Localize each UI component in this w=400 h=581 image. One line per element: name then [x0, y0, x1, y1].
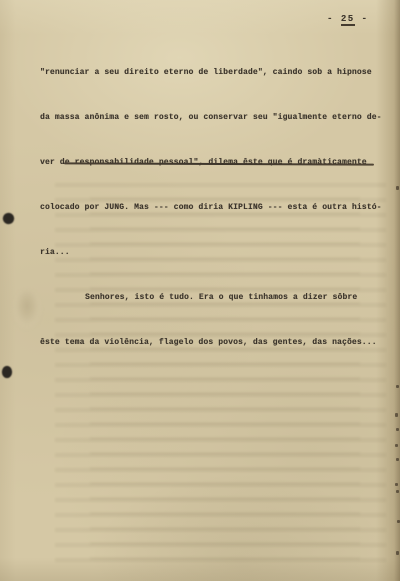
edge-mark — [395, 483, 398, 486]
edge-mark — [396, 186, 399, 190]
edge-mark — [396, 458, 399, 461]
text-line: da massa anônima e sem rosto, ou conserv… — [40, 110, 385, 125]
paper-smudge — [12, 290, 42, 330]
typewritten-text-block: "renunciar a seu direito eterno de liber… — [40, 35, 385, 365]
edge-mark — [396, 551, 399, 555]
text-line: "renunciar a seu direito eterno de liber… — [40, 65, 385, 80]
page-number-value: 25 — [341, 14, 355, 26]
edge-mark — [396, 428, 399, 431]
page-number-dash-left: - — [327, 14, 341, 24]
edge-mark — [396, 385, 399, 388]
page-number: - 25 - — [327, 14, 368, 24]
edge-mark — [395, 444, 398, 447]
edge-mark — [395, 413, 398, 417]
text-line: êste tema da violência, flagelo dos povo… — [40, 335, 385, 350]
edge-mark — [396, 490, 399, 493]
text-line: colocado por JUNG. Mas --- como diria KI… — [40, 200, 385, 215]
page-number-dash-right: - — [355, 14, 369, 24]
ink-blob — [2, 366, 12, 378]
text-line: ria... — [40, 245, 385, 260]
text-line: Senhores, isto é tudo. Era o que tinhamo… — [40, 290, 385, 305]
